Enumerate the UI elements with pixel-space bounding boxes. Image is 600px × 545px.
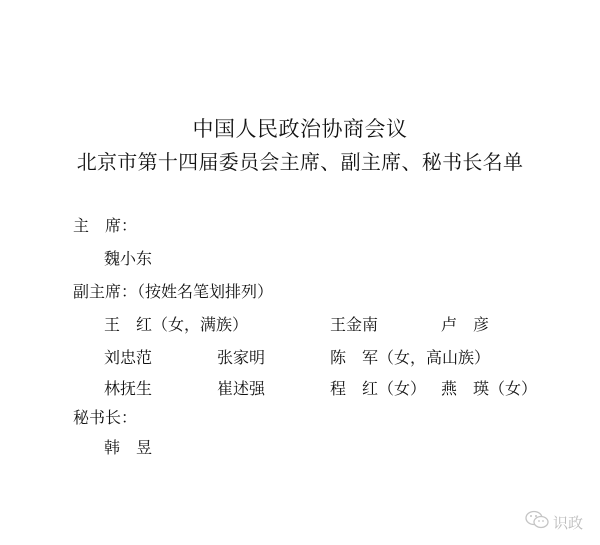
chairman-label: 主 席： <box>73 213 137 236</box>
title-line-1: 中国人民政治协商会议 <box>0 113 600 143</box>
wechat-icon <box>524 510 550 534</box>
vice-chairman-name: 刘忠范 <box>104 345 152 368</box>
watermark: 识政 <box>524 510 583 534</box>
secretary-general-label: 秘书长： <box>73 405 137 428</box>
vice-chairman-name: 燕 瑛（女） <box>441 376 537 399</box>
vice-chairman-name: 张家明 <box>217 345 265 368</box>
vice-chairman-name: 陈 军（女，高山族） <box>330 345 490 368</box>
vice-chairman-name: 程 红（女） <box>330 376 426 399</box>
watermark-text: 识政 <box>553 512 583 533</box>
title-line-2: 北京市第十四届委员会主席、副主席、秘书长名单 <box>0 146 600 175</box>
vice-chairman-name: 王金南 <box>330 312 378 335</box>
chairman-name: 魏小东 <box>104 246 152 269</box>
secretary-general-name: 韩 昱 <box>104 435 152 458</box>
vice-chairman-name: 崔述强 <box>217 376 265 399</box>
vice-chairman-name: 林抚生 <box>104 376 152 399</box>
vice-chairmen-label: 副主席：（按姓名笔划排列） <box>73 279 273 302</box>
vice-chairman-name: 卢 彦 <box>441 312 489 335</box>
vice-chairman-name: 王 红（女，满族） <box>104 312 248 335</box>
